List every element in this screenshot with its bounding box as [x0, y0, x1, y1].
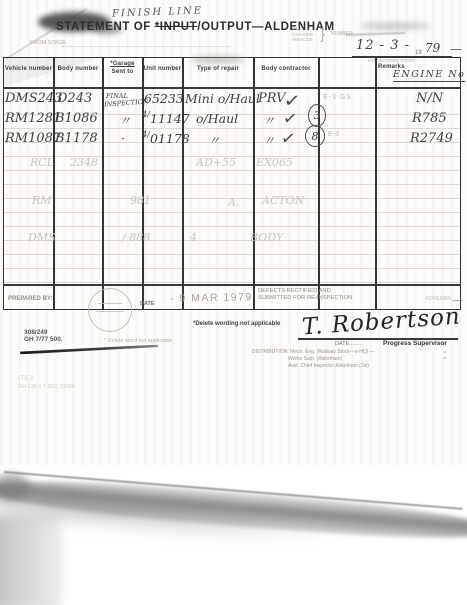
scan-artifact-band [0, 472, 467, 547]
delete-note-bold: *Delete wording not applicable [193, 321, 280, 327]
signature-date-label: DATE......... [335, 341, 363, 347]
cell-unit: 01178 [150, 131, 190, 146]
circled-number: 3 [308, 104, 326, 127]
tick-mark-icon: ✓ [282, 108, 299, 130]
ghost-cell: AD+55 [196, 156, 236, 169]
column-divider [318, 57, 320, 310]
cell-vehicle: DMS243 [5, 91, 62, 106]
prepared-by-label: PREPARED BY: [8, 296, 52, 302]
scan-artifact-edge [4, 471, 463, 510]
col-header-unit: Unit number [143, 66, 182, 72]
bottom-row-divider [3, 284, 461, 286]
form-number: 308/249 [24, 329, 48, 336]
e3-stamp: E-3 [328, 131, 339, 138]
signature-role: Progress Supervisor [383, 340, 447, 347]
circled-number: 8 [305, 125, 325, 147]
cell-unit: 11147 [150, 111, 190, 126]
archive-ref-1: LTE 2 [18, 376, 34, 382]
scanned-document-page: FINISH LINE STATEMENT OF *INPUT/OUTPUT—A… [0, 0, 467, 605]
date-label: DATE [140, 301, 155, 307]
ghost-cell: A. [228, 196, 239, 209]
cell-unit-prefix: 4/ [142, 110, 150, 119]
cell-body: B1178 [55, 131, 98, 146]
pencil-smudge [360, 22, 430, 30]
ghost-cell: 4 [190, 231, 197, 244]
scan-artifact-vertical [0, 515, 62, 605]
column-divider [375, 57, 377, 310]
cell-remarks: R785 [412, 111, 447, 126]
cell-contractor-ditto: 〃 [263, 112, 275, 129]
handwritten-date: 12 - 3 - [356, 38, 410, 53]
e3gs-stamp: E-3 GS [323, 94, 352, 101]
ghost-cell: EX065 [256, 156, 293, 169]
foreman-label: FOREMAN [426, 296, 451, 302]
title-input-struck: *INPUT [155, 21, 198, 33]
header-divider [3, 87, 461, 89]
cell-body: B1086 [55, 111, 98, 126]
tick-mark-icon: ✓ [280, 128, 297, 150]
cell-body: D243 [57, 91, 92, 106]
cell-contractor: PRV [258, 91, 285, 106]
print-code: GH 7/77 500. [24, 336, 63, 343]
ghost-cell: ACTON [262, 194, 304, 207]
ghost-cell: 981 [130, 194, 151, 207]
cell-repair: Mini o/Haul [185, 91, 260, 106]
margin-dash: — [450, 42, 462, 56]
cell-repair-ditto: 〃 [208, 132, 220, 149]
delete-note-faint: * Delete word not applicable [104, 338, 173, 344]
col-header-garage-top: *Garage [103, 61, 142, 67]
chassis-vehicle-block: OUT CHASSIS VEHICLE [292, 27, 313, 44]
ghost-cell: RCL [30, 156, 54, 169]
cell-remarks: R2749 [410, 131, 453, 146]
cell-vehicle: RM1281 [5, 111, 61, 126]
round-stamp [88, 288, 132, 332]
column-divider [102, 57, 104, 310]
cell-garage-ditto: 〃 [119, 112, 131, 129]
col-header-vehicle: Vehicle number [4, 66, 53, 72]
from-stage-line [62, 46, 230, 47]
from-stage-label: FROM STAGE [30, 40, 66, 46]
col-header-repair: Type of repair [183, 66, 253, 72]
cell-garage-ditto: · [121, 132, 125, 146]
distribution-label: DISTRIBUTION: [252, 349, 289, 355]
handwritten-year: 79 [425, 41, 440, 55]
ghost-cell: / 888 [122, 231, 150, 244]
cell-unit: 65233 [144, 91, 184, 106]
col-header-contractor: Body contractor [254, 66, 318, 72]
engine-no-annotation: ENGINE No [393, 69, 465, 82]
ghost-cell: 2348 [70, 156, 98, 169]
scan-artifact-blob [0, 474, 30, 500]
cell-remarks: N/N [416, 91, 443, 106]
distribution-block: DISTRIBUTION: Mech. Eng. (Railway Stock—… [252, 349, 375, 370]
cell-contractor-ditto: 〃 [263, 132, 275, 149]
cell-vehicle: RM1087 [5, 131, 61, 146]
defects-text: DEFECTS RECTIFIED AND SUBMITTED FOR RE-I… [258, 288, 352, 302]
cell-unit-prefix: 4/ [142, 130, 150, 139]
ghost-cell: DMS [28, 231, 56, 244]
cell-repair: o/Haul [196, 111, 238, 126]
ghost-cell: RM [32, 194, 52, 207]
overprint-smudge [190, 56, 245, 63]
title-rest: OUTPUT—ALDENHAM [201, 21, 335, 33]
scan-artifact-diffuse [0, 476, 326, 552]
brace-glyph: } [320, 26, 325, 43]
margin-marks: == [443, 350, 447, 362]
ghost-cell: BODY [250, 231, 283, 244]
col-header-garage-bottom: Sent to [103, 69, 142, 75]
date-stamp: - 9 MAR 1979 [170, 291, 253, 304]
col-header-body: Body number [54, 66, 102, 72]
archive-ref-2: GH 136 x 7 (6C) 3100K [18, 384, 75, 390]
title-prefix: STATEMENT OF [56, 21, 155, 33]
